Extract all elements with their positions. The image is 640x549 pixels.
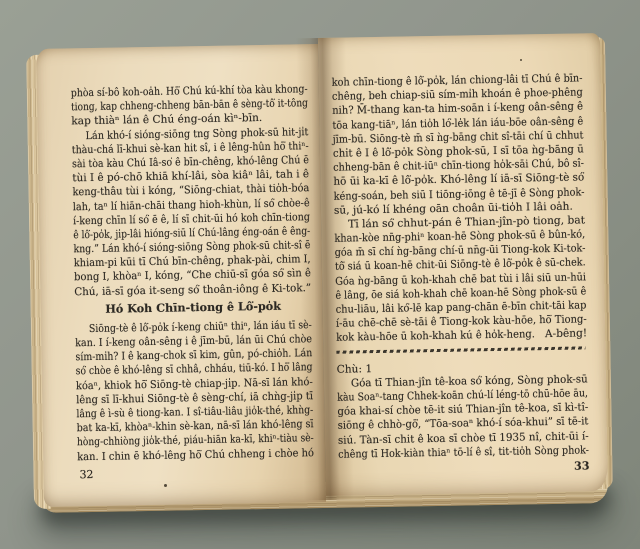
dust-speck [520, 59, 522, 61]
open-book: phòa sí-bô koh-oa̍h. Hō͘ Chú kú-khí tòa … [26, 31, 614, 513]
closing-word: A-bêng! [545, 327, 587, 342]
left-page-text: phòa sí-bô koh-oa̍h. Hō͘ Chú kú-khí tòa … [71, 82, 315, 464]
right-page-text: koh chīn-tiong ê lô͘-po̍k, lán chiong-lâ… [332, 71, 590, 461]
left-page-number: 32 [79, 468, 93, 482]
dust-speck [164, 484, 167, 487]
text-line: Chú, iā-sī góa it-seng só͘ thoân-iông ê … [74, 281, 311, 299]
photo-background: phòa sí-bô koh-oa̍h. Hō͘ Chú kú-khí tòa … [0, 0, 640, 549]
